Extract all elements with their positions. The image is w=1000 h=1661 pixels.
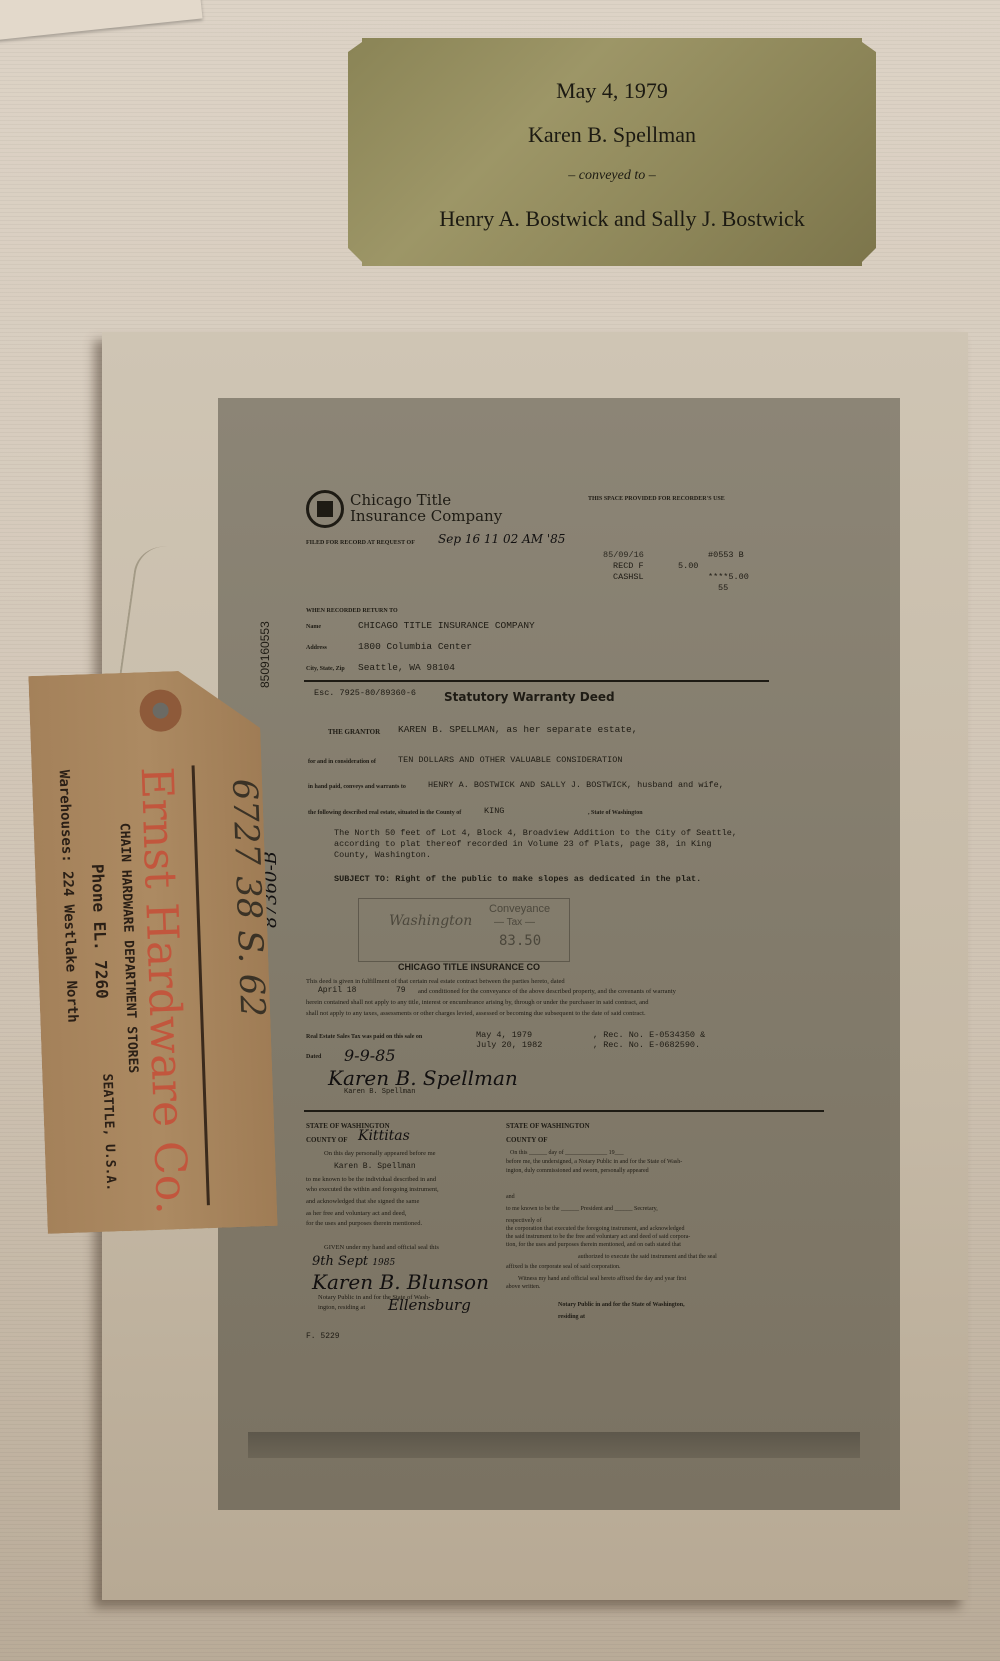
city-label: City, State, Zip [306,666,345,672]
notary-signature: Karen B. Blunson [312,1270,489,1294]
county-label: the following described real estate, sit… [308,810,461,816]
stamp-amount: 83.50 [499,933,541,949]
legal-description-line-1: The North 50 feet of Lot 4, Block 4, Bro… [334,828,737,838]
ernst-hardware-tag: Ernst Hardware Co. CHAIN HARDWARE DEPART… [28,668,277,1234]
tax-date-2: July 20, 1982 [476,1040,542,1050]
grantees-value: HENRY A. BOSTWICK AND SALLY J. BOSTWICK,… [428,780,724,790]
brass-plaque: May 4, 1979 Karen B. Spellman – conveyed… [348,38,876,266]
fulfillment-line-1: This deed is given in fulfillment of tha… [306,978,565,985]
notary-divider [304,1110,824,1112]
chicago-title-logo-icon [306,490,344,528]
warranty-deed-document: Chicago Title Insurance Company THIS SPA… [218,398,900,1510]
corner-paper [0,0,203,41]
form-number: F. 5229 [306,1332,340,1341]
dated-label: Dated [306,1054,321,1060]
county-value: KING [484,806,504,816]
receipt-date: 85/09/16 [603,550,644,560]
receipt-code: 55 [718,583,728,593]
filed-stamp: Sep 16 11 02 AM '85 [438,532,565,546]
notary-left-name: Karen B. Spellman [334,1162,416,1171]
tax-date-1: May 4, 1979 [476,1030,532,1040]
fulfillment-line-2: and conditioned for the conveyance of th… [418,988,676,995]
legal-description-line-2: according to plat thereof recorded in Vo… [334,839,711,849]
conveys-label: in hand paid, conveys and warrants to [308,784,406,790]
plaque-grantees: Henry A. Bostwick and Sally J. Bostwick [348,206,876,232]
stamp-caption: CHICAGO TITLE INSURANCE CO [398,962,540,972]
subject-to: SUBJECT TO: Right of the public to make … [334,874,701,884]
rec-no-1: , Rec. No. E-0534350 & [593,1030,705,1040]
state-label: , State of Washington [588,810,643,816]
plaque-conveyed: – conveyed to – [348,168,876,184]
consideration-value: TEN DOLLARS AND OTHER VALUABLE CONSIDERA… [398,755,622,765]
receipt-recd-amount: 5.00 [678,561,698,571]
fulfillment-date: April 18 [318,986,356,995]
escrow-number: Esc. 7925-80/89360-6 [314,688,416,698]
deed-title: Statutory Warranty Deed [444,690,615,704]
grantor-typed-name: Karen B. Spellman [344,1088,415,1096]
name-label: Name [306,624,321,630]
notary-left-county-value: Kittitas [358,1128,410,1144]
receipt-recd-label: RECD F [613,561,644,571]
grantor-signature: Karen B. Spellman [328,1066,518,1090]
grommet-icon [139,689,182,732]
fulfillment-line-3: herein contained shall not apply to any … [306,999,649,1006]
tag-warehouses: Warehouses: 224 Westlake North [56,770,81,1023]
dated-value: 9-9-85 [344,1046,396,1065]
receipt-total: ****5.00 [708,572,749,582]
fulfillment-year: 79 [396,986,406,995]
plaque-grantor: Karen B. Spellman [348,122,876,148]
address-label: Address [306,645,327,651]
fulfillment-line-4: shall not apply to any taxes, assessment… [306,1010,646,1017]
tag-brand: Ernst Hardware Co. [131,766,198,1215]
excise-tax-stamp: Washington Conveyance — Tax — 83.50 [358,898,570,962]
notary-right-state: STATE OF WASHINGTON [506,1122,590,1130]
divider [304,680,769,682]
tax-label: Real Estate Sales Tax was paid on this s… [306,1034,422,1040]
notary-left-county-label: COUNTY OF [306,1136,348,1144]
legal-description-line-3: County, Washington. [334,850,431,860]
grantor-label: THE GRANTOR [328,728,380,736]
notary-residing-value: Ellensburg [388,1296,471,1314]
grantor-value: KAREN B. SPELLMAN, as her separate estat… [398,724,637,735]
notary-left-given-date: 9th Sept 1985 [312,1254,395,1269]
recording-number: 8509160553 [258,621,272,688]
recorder-space-label: THIS SPACE PROVIDED FOR RECORDER'S USE [588,496,725,502]
receipt-number: #0553 B [708,550,744,560]
notary-right-county-label: COUNTY OF [506,1136,548,1144]
plaque-date: May 4, 1979 [348,78,876,104]
tag-city: SEATTLE, U.S.A. [99,1073,118,1191]
receipt-cashsl: CASHSL [613,572,644,582]
city-value: Seattle, WA 98104 [358,662,455,673]
copy-shadow-band [248,1432,860,1458]
tag-phone: Phone EL. 7260 [88,864,112,999]
address-value: 1800 Columbia Center [358,641,472,652]
company-name: Chicago Title Insurance Company [350,492,502,524]
filed-label: FILED FOR RECORD AT REQUEST OF [306,540,415,546]
return-label: WHEN RECORDED RETURN TO [306,608,398,614]
consideration-label: for and in consideration of [308,759,376,765]
name-value: CHICAGO TITLE INSURANCE COMPANY [358,620,535,631]
rec-no-2: , Rec. No. E-0682590. [593,1040,700,1050]
